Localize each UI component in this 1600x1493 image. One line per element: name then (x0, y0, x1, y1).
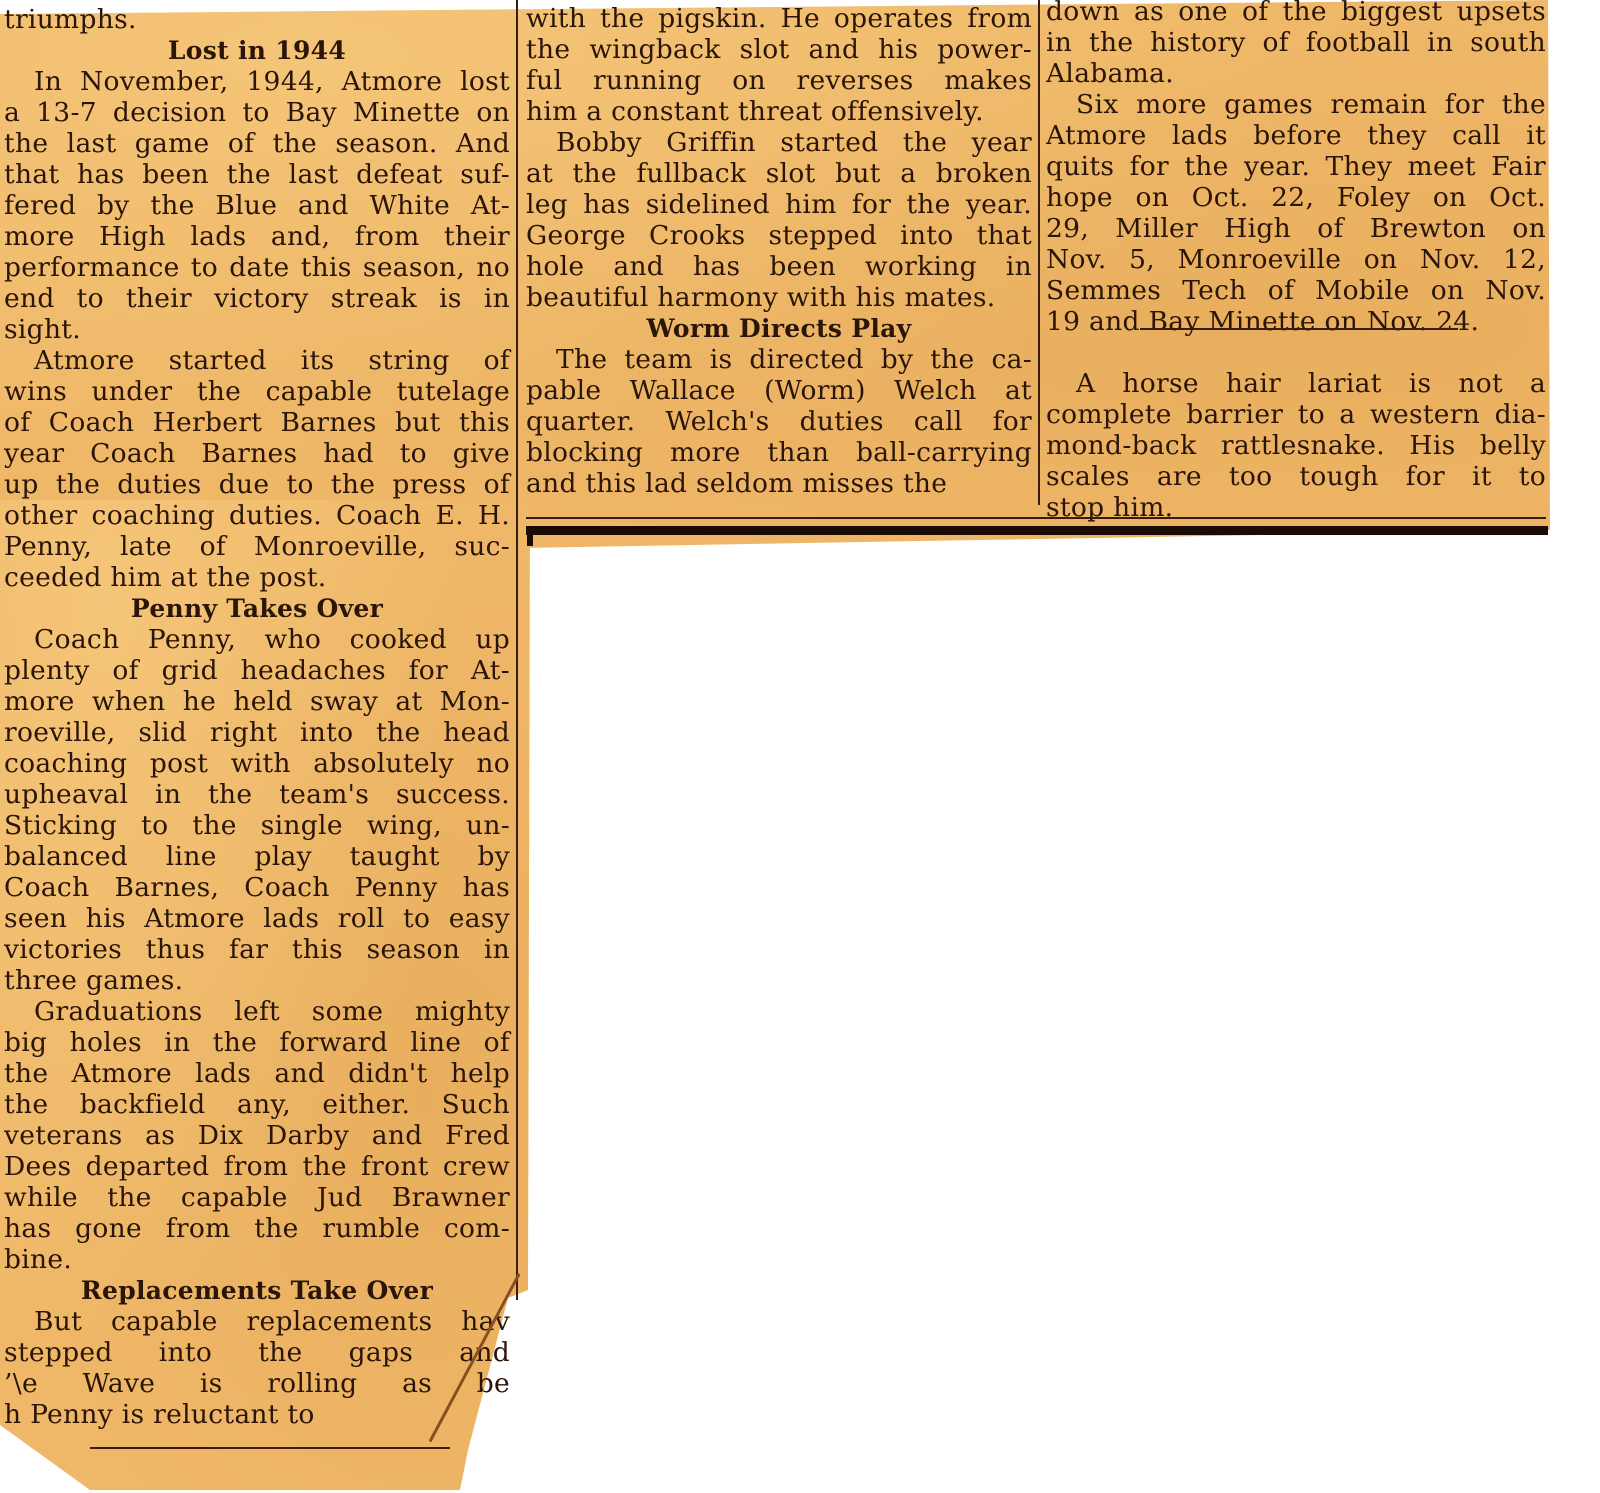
text-line: the last game of the season. And (4, 128, 510, 159)
text-line: three games. (4, 965, 510, 996)
text-line: Coach Barnes, Coach Penny has (4, 872, 510, 903)
text-line: coaching post with absolutely no (4, 748, 510, 779)
text-line: end to their victory streak is in (4, 283, 510, 314)
text-line: a 13-7 decision to Bay Minette on (4, 97, 510, 128)
text-line: Coach Penny, who cooked up (4, 624, 510, 655)
text-line: Penny, late of Monroeville, suc- (4, 531, 510, 562)
text-line: Bobby Griffin started the year (526, 127, 1032, 158)
text-line: Atmore lads before they call it (1046, 120, 1546, 151)
text-line: up the duties due to the press of (4, 469, 510, 500)
section-rule-corner (527, 526, 533, 546)
column-divider-1 (516, 0, 518, 1300)
text-line: sight. (4, 314, 510, 345)
article-column-2: with the pigskin. He operates fromthe wi… (526, 3, 1032, 499)
text-line: other coaching duties. Coach E. H. (4, 500, 510, 531)
text-line: him a constant threat offensively. (526, 96, 1032, 127)
text-line: plenty of grid headaches for At- (4, 655, 510, 686)
column-divider-2 (1038, 0, 1040, 505)
text-line: veterans as Dix Darby and Fred (4, 1120, 510, 1151)
continued-paragraph: down as one of the biggest upsetsin the … (1046, 0, 1546, 89)
text-line: beautiful harmony with his mates. (526, 282, 1032, 313)
article-column-1: triumphs.Lost in 1944In November, 1944, … (4, 4, 510, 1430)
text-line: ful running on reverses makes (526, 65, 1032, 96)
paragraph: The team is directed by the ca-pable Wal… (526, 344, 1032, 499)
text-line: Alabama. (1046, 58, 1546, 89)
paragraph: Graduations left some mightybig holes in… (4, 996, 510, 1275)
section-rule-thin (526, 517, 1546, 519)
text-line: triumphs. (4, 4, 510, 35)
paragraph: A horse hair lariat is not acomplete bar… (1046, 368, 1546, 523)
text-line: ceeded him at the post. (4, 562, 510, 593)
text-line: that has been the last defeat suf- (4, 159, 510, 190)
paragraph: Six more games remain for theAtmore lads… (1046, 89, 1546, 337)
text-line: mond-back rattlesnake. His belly (1046, 430, 1546, 461)
text-line: ’\e Wave is rolling as be (4, 1368, 510, 1399)
text-line: has gone from the rumble com- (4, 1213, 510, 1244)
text-line: upheaval in the team's success. (4, 779, 510, 810)
text-line: Dees departed from the front crew (4, 1151, 510, 1182)
text-line: at the fullback slot but a broken (526, 158, 1032, 189)
text-line: hope on Oct. 22, Foley on Oct. (1046, 182, 1546, 213)
text-line: Sticking to the single wing, un- (4, 810, 510, 841)
text-line: In November, 1944, Atmore lost (4, 66, 510, 97)
text-line: Six more games remain for the (1046, 89, 1546, 120)
paragraph: Bobby Griffin started the yearat the ful… (526, 127, 1032, 313)
paragraph: In November, 1944, Atmore losta 13-7 dec… (4, 66, 510, 345)
text-line: leg has sidelined him for the year. (526, 189, 1032, 220)
subheading: Worm Directs Play (526, 313, 1032, 344)
text-line: pable Wallace (Worm) Welch at (526, 375, 1032, 406)
text-line: roeville, slid right into the head (4, 717, 510, 748)
text-line: with the pigskin. He operates from (526, 3, 1032, 34)
text-line: 19 and Bay Minette on Nov. 24. (1046, 306, 1546, 337)
text-line: more when he held sway at Mon- (4, 686, 510, 717)
subheading: Replacements Take Over (4, 1275, 510, 1306)
text-line: But capable replacements hav (4, 1306, 510, 1337)
text-line: scales are too tough for it to (1046, 461, 1546, 492)
text-line: the wingback slot and his power- (526, 34, 1032, 65)
rule-spacer (1046, 337, 1546, 368)
text-line: bine. (4, 1244, 510, 1275)
continued-paragraph: triumphs. (4, 4, 510, 35)
article-column-3: down as one of the biggest upsetsin the … (1046, 0, 1546, 523)
text-line: fered by the Blue and White At- (4, 190, 510, 221)
text-line: year Coach Barnes had to give (4, 438, 510, 469)
text-line: quarter. Welch's duties call for (526, 406, 1032, 437)
text-line: the Atmore lads and didn't help (4, 1058, 510, 1089)
text-line: The team is directed by the ca- (526, 344, 1032, 375)
subheading: Lost in 1944 (4, 35, 510, 66)
text-line: performance to date this season, no (4, 252, 510, 283)
text-line: victories thus far this season in (4, 934, 510, 965)
text-line: of Coach Herbert Barnes but this (4, 407, 510, 438)
text-line: seen his Atmore lads roll to easy (4, 903, 510, 934)
text-line: Atmore started its string of (4, 345, 510, 376)
text-line: the backfield any, either. Such (4, 1089, 510, 1120)
text-line: while the capable Jud Brawner (4, 1182, 510, 1213)
column-1-bottom-rule (90, 1447, 450, 1449)
text-line: in the history of football in south (1046, 27, 1546, 58)
text-line: 29, Miller High of Brewton on (1046, 213, 1546, 244)
text-line: h Penny is reluctant to (4, 1399, 510, 1430)
text-line: Semmes Tech of Mobile on Nov. (1046, 275, 1546, 306)
section-rule-thick (526, 526, 1548, 535)
text-line: blocking more than ball-carrying (526, 437, 1032, 468)
text-line: and this lad seldom misses the (526, 468, 1032, 499)
subheading: Penny Takes Over (4, 593, 510, 624)
text-line: balanced line play taught by (4, 841, 510, 872)
text-line: A horse hair lariat is not a (1046, 368, 1546, 399)
text-line: big holes in the forward line of (4, 1027, 510, 1058)
text-line: Nov. 5, Monroeville on Nov. 12, (1046, 244, 1546, 275)
paragraph: Atmore started its string ofwins under t… (4, 345, 510, 593)
text-line: complete barrier to a western dia- (1046, 399, 1546, 430)
text-line: stepped into the gaps and (4, 1337, 510, 1368)
text-line: wins under the capable tutelage (4, 376, 510, 407)
text-line: down as one of the biggest upsets (1046, 0, 1546, 27)
text-line: more High lads and, from their (4, 221, 510, 252)
column-3-separator-rule (1140, 328, 1458, 330)
paragraph: But capable replacements havstepped into… (4, 1306, 510, 1430)
text-line: quits for the year. They meet Fair (1046, 151, 1546, 182)
paragraph: Coach Penny, who cooked upplenty of grid… (4, 624, 510, 996)
continued-paragraph: with the pigskin. He operates fromthe wi… (526, 3, 1032, 127)
text-line: hole and has been working in (526, 251, 1032, 282)
text-line: Graduations left some mighty (4, 996, 510, 1027)
text-line: George Crooks stepped into that (526, 220, 1032, 251)
